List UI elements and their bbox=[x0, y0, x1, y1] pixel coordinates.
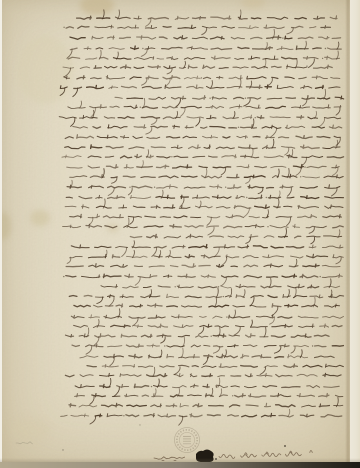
photo-bottom-edge bbox=[0, 462, 360, 468]
adjacent-page-edge bbox=[350, 0, 360, 468]
ink-speck bbox=[62, 449, 63, 450]
photo-left-edge bbox=[0, 0, 2, 468]
manuscript-render bbox=[0, 0, 360, 468]
ink-speck bbox=[306, 65, 308, 67]
ink-speck bbox=[139, 424, 140, 425]
manuscript-photo bbox=[0, 0, 360, 468]
paper-grain bbox=[0, 0, 360, 468]
ink-speck bbox=[284, 445, 286, 447]
